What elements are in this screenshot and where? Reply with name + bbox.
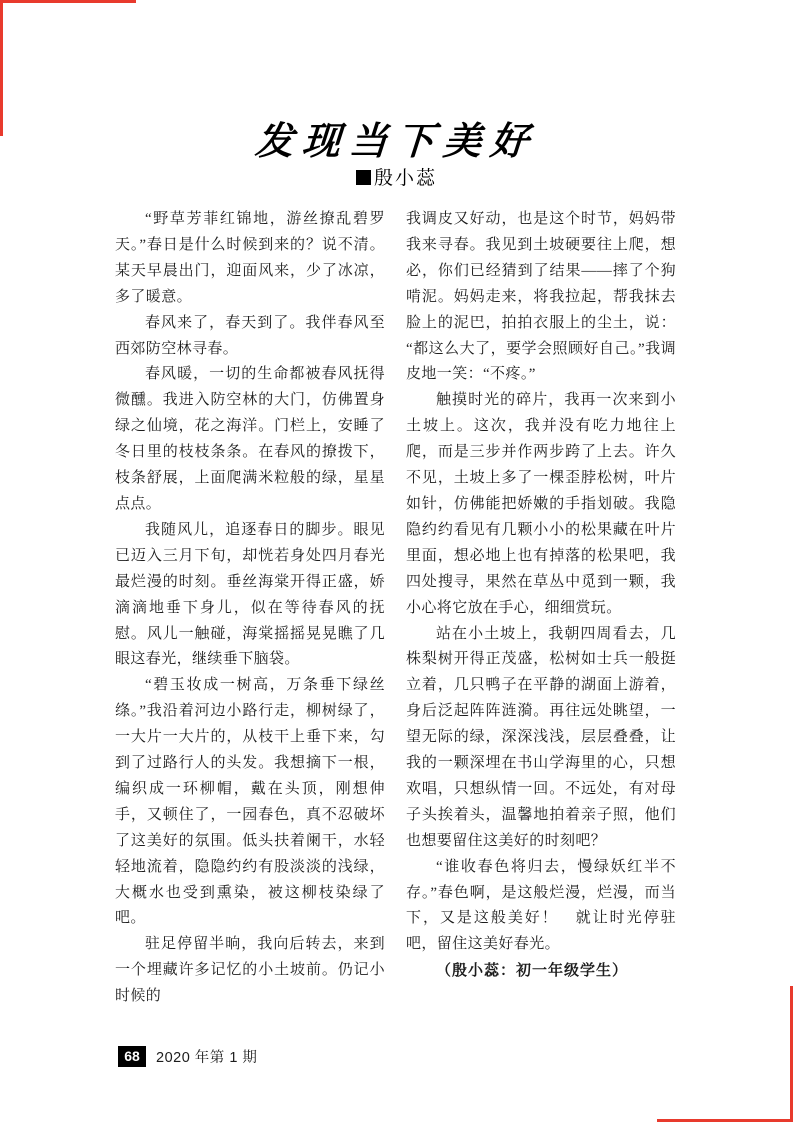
article-body: “野草芳菲红锦地，游丝撩乱碧罗天。”春日是什么时候到来的？说不清。某天早晨出门，… <box>115 207 677 1010</box>
author-byline: （殷小蕊：初一年级学生） <box>406 958 676 984</box>
paragraph: “碧玉妆成一树高，万条垂下绿丝绦。”我沿着河边小路行走，柳树绿了，一大片一大片的… <box>115 673 385 932</box>
author-name: 殷小蕊 <box>374 168 437 189</box>
paragraph: 站在小土坡上，我朝四周看去，几株梨树开得正茂盛，松树如士兵一般挺立着，几只鸭子在… <box>406 622 676 855</box>
paragraph: 春风来了，春天到了。我伴春风至西郊防空林寻春。 <box>115 311 385 363</box>
paragraph: 我随风儿，追逐春日的脚步。眼见已迈入三月下旬，却恍若身处四月春光最烂漫的时刻。垂… <box>115 518 385 673</box>
page-number-badge: 68 <box>118 1046 146 1067</box>
paragraph: 春风暖，一切的生命都被春风抚得微醺。我进入防空林的大门，仿佛置身绿之仙境，花之海… <box>115 362 385 517</box>
magazine-page: { "page": { "title": "发现当下美好", "author":… <box>0 0 793 1122</box>
paragraph: 驻足停留半晌，我向后转去，来到一个埋藏许多记忆的小土坡前。仍记小时候的 <box>115 932 385 1010</box>
right-column: 我调皮又好动，也是这个时节，妈妈带我来寻春。我见到土坡硬要往上爬，想必，你们已经… <box>406 207 676 1010</box>
author-square-icon <box>356 170 371 185</box>
article-title: 发现当下美好 <box>0 110 793 165</box>
paragraph-continuation: 我调皮又好动，也是这个时节，妈妈带我来寻春。我见到土坡硬要往上爬，想必，你们已经… <box>406 207 676 388</box>
crop-mark-top-left-horizontal <box>0 0 136 3</box>
left-column: “野草芳菲红锦地，游丝撩乱碧罗天。”春日是什么时候到来的？说不清。某天早晨出门，… <box>115 207 385 1010</box>
paragraph: 触摸时光的碎片，我再一次来到小土坡上。这次，我并没有吃力地往上爬，而是三步并作两… <box>406 388 676 621</box>
paragraph: “谁收春色将归去，慢绿妖红半不存。”春色啊，是这般烂漫，烂漫，而当下，又是这般美… <box>406 855 676 959</box>
author-line: 殷小蕊 <box>0 163 793 190</box>
issue-label: 2020 年第 1 期 <box>156 1046 257 1067</box>
page-footer: 68 2020 年第 1 期 <box>118 1046 257 1067</box>
paragraph: “野草芳菲红锦地，游丝撩乱碧罗天。”春日是什么时候到来的？说不清。某天早晨出门，… <box>115 207 385 311</box>
